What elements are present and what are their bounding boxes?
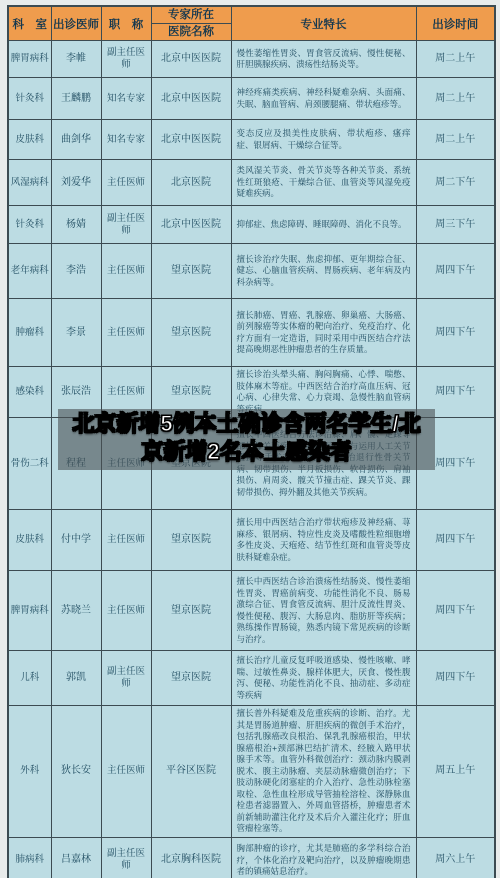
table-header: 科 室 出诊医师 职 称 专家所在 医院名称 专业特长 出诊时间 (8, 6, 495, 41)
department-cell: 骨伤二科 (8, 418, 51, 510)
time-cell: 周二下午 (416, 160, 495, 206)
table-row: 皮肤科 付中学 主任医师 望京医院 擅长用中西医结合治疗带状疱疹及神经痛、荨麻疹… (8, 510, 495, 571)
department-cell: 针灸科 (8, 206, 51, 244)
time-cell: 周三下午 (416, 206, 495, 244)
specialty-cell: 擅长普外科疑难及危重疾病的诊断、治疗。尤其是胃肠道肿瘤、肝胆疾病的微创手术治疗，… (231, 706, 416, 838)
title-cell: 副主任医师 (101, 651, 151, 706)
table-row: 脾胃病科 苏晓兰 主任医师 望京医院 擅长中西医结合诊治溃疡性结肠炎、慢性萎缩性… (8, 571, 495, 651)
department-cell: 外科 (8, 706, 51, 838)
hospital-cell: 望京医院 (151, 571, 231, 651)
title-cell: 知名专家 (101, 78, 151, 120)
table-row: 外科 狄长安 主任医师 平谷区医院 擅长普外科疑难及危重疾病的诊断、治疗。尤其是… (8, 706, 495, 838)
doctor-cell: 郭凯 (51, 651, 101, 706)
doctor-cell: 杨婧 (51, 206, 101, 244)
doctor-cell: 狄长安 (51, 706, 101, 838)
hospital-cell: 望京医院 (151, 244, 231, 299)
time-cell: 周六上午 (416, 837, 495, 878)
header-department: 科 室 (8, 6, 51, 41)
time-cell: 周二上午 (416, 41, 495, 78)
specialty-cell: 类风湿关节炎、骨关节炎等各种关节炎、系统性红斑狼疮、干燥综合征、血管炎等风湿免疫… (231, 160, 416, 206)
table-row: 肺病科 吕嘉林 副主任医师 北京胸科医院 胸部肿瘤的诊疗，尤其是肺癌的多学科综合… (8, 837, 495, 878)
hospital-cell: 平谷区医院 (151, 706, 231, 838)
doctor-cell: 李景 (51, 299, 101, 367)
header-specialty: 专业特长 (231, 6, 416, 41)
department-cell: 肺病科 (8, 837, 51, 878)
header-time: 出诊时间 (416, 6, 495, 41)
doctor-cell: 李浩 (51, 244, 101, 299)
time-cell: 周四下午 (416, 299, 495, 367)
title-cell: 副主任医师 (101, 837, 151, 878)
header-row: 科 室 出诊医师 职 称 专家所在 医院名称 专业特长 出诊时间 (8, 6, 495, 41)
header-doctor: 出诊医师 (51, 6, 101, 41)
news-headline-line1: 北京新增5例本土确诊含两名学生/北 (72, 410, 420, 438)
title-cell: 副主任医师 (101, 206, 151, 244)
time-cell: 周四下午 (416, 510, 495, 571)
doctor-cell: 付中学 (51, 510, 101, 571)
time-cell: 周五上午 (416, 706, 495, 838)
news-headline-line2: 京新增2名本土感染者 (141, 438, 351, 466)
screenshot-stage: 科 室 出诊医师 职 称 专家所在 医院名称 专业特长 出诊时间 脾胃病科 李帷… (0, 0, 500, 878)
title-cell: 主任医师 (101, 244, 151, 299)
specialty-cell: 擅长治疗儿童反复呼吸道感染、慢性咳嗽、哮喘、过敏性鼻炎、腺样体肥大，厌食、慢性腹… (231, 651, 416, 706)
specialty-cell: 擅长诊治疗失眠、焦虑抑郁、更年期综合征、健忘、心脑血管疾病、胃肠疾病、老年病及内… (231, 244, 416, 299)
title-cell: 主任医师 (101, 706, 151, 838)
table-row: 儿科 郭凯 副主任医师 望京医院 擅长治疗儿童反复呼吸道感染、慢性咳嗽、哮喘、过… (8, 651, 495, 706)
department-cell: 皮肤科 (8, 510, 51, 571)
department-cell: 脾胃病科 (8, 41, 51, 78)
title-cell: 副主任医师 (101, 41, 151, 78)
table-row: 老年病科 李浩 主任医师 望京医院 擅长诊治疗失眠、焦虑抑郁、更年期综合征、健忘… (8, 244, 495, 299)
hospital-cell: 北京中医医院 (151, 78, 231, 120)
table-row: 脾胃病科 李帷 副主任医师 北京中医医院 慢性萎缩性胃炎、胃食管反流病、慢性便秘… (8, 41, 495, 78)
hospital-cell: 望京医院 (151, 651, 231, 706)
table-row: 肿瘤科 李景 主任医师 望京医院 擅长肺癌、胃癌、乳腺癌、卵巢癌、大肠癌、前列腺… (8, 299, 495, 367)
specialty-cell: 抑郁症、焦虑障碍、睡眠障碍、消化不良等。 (231, 206, 416, 244)
department-cell: 脾胃病科 (8, 571, 51, 651)
department-cell: 肿瘤科 (8, 299, 51, 367)
department-cell: 针灸科 (8, 78, 51, 120)
title-cell: 主任医师 (101, 160, 151, 206)
specialty-cell: 变态反应及损美性皮肤病、带状疱疹、瘙痒症、银屑病、干燥综合征等。 (231, 120, 416, 160)
header-title: 职 称 (101, 6, 151, 41)
department-cell: 感染科 (8, 367, 51, 418)
header-hospital: 专家所在 医院名称 (151, 6, 231, 41)
hospital-cell: 北京医院 (151, 160, 231, 206)
specialty-cell: 擅长肺癌、胃癌、乳腺癌、卵巢癌、大肠癌、前列腺癌等实体瘤的靶向治疗、免疫治疗、化… (231, 299, 416, 367)
doctor-cell: 吕嘉林 (51, 837, 101, 878)
hospital-cell: 望京医院 (151, 510, 231, 571)
title-cell: 主任医师 (101, 299, 151, 367)
specialty-cell: 胸部肿瘤的诊疗，尤其是肺癌的多学科综合治疗，个体化治疗及靶向治疗，以及肿瘤晚期患… (231, 837, 416, 878)
doctor-cell: 李帷 (51, 41, 101, 78)
hospital-cell: 望京医院 (151, 299, 231, 367)
hospital-cell: 北京胸科医院 (151, 837, 231, 878)
table-row: 针灸科 王麟鹏 知名专家 北京中医医院 神经疼痛类疾病、神经科疑难杂病、头面痛、… (8, 78, 495, 120)
hospital-cell: 北京中医医院 (151, 41, 231, 78)
title-cell: 知名专家 (101, 120, 151, 160)
department-cell: 风湿病科 (8, 160, 51, 206)
specialty-cell: 神经疼痛类疾病、神经科疑难杂病、头面痛、失眠、脑血管病、肩颈腰腿痛、带状疱疹等。 (231, 78, 416, 120)
department-cell: 儿科 (8, 651, 51, 706)
news-overlay-banner: 北京新增5例本土确诊含两名学生/北 京新增2名本土感染者 (58, 409, 435, 470)
table-row: 风湿病科 刘爱华 主任医师 北京医院 类风湿关节炎、骨关节炎等各种关节炎、系统性… (8, 160, 495, 206)
title-cell: 主任医师 (101, 571, 151, 651)
time-cell: 周二上午 (416, 120, 495, 160)
doctor-cell: 曲剑华 (51, 120, 101, 160)
department-cell: 皮肤科 (8, 120, 51, 160)
time-cell: 周四下午 (416, 571, 495, 651)
header-hospital-line2: 医院名称 (152, 24, 231, 40)
time-cell: 周四下午 (416, 651, 495, 706)
time-cell: 周二上午 (416, 78, 495, 120)
department-cell: 老年病科 (8, 244, 51, 299)
table-row: 针灸科 杨婧 副主任医师 北京中医医院 抑郁症、焦虑障碍、睡眠障碍、消化不良等。… (8, 206, 495, 244)
specialty-cell: 慢性萎缩性胃炎、胃食管反流病、慢性便秘、肝胆胰腺疾病、溃疡性结肠炎等。 (231, 41, 416, 78)
doctor-cell: 王麟鹏 (51, 78, 101, 120)
time-cell: 周四下午 (416, 244, 495, 299)
specialty-cell: 擅长中西医结合诊治溃疡性结肠炎、慢性萎缩性胃炎、胃癌前病变、功能性消化不良、肠易… (231, 571, 416, 651)
table-row: 皮肤科 曲剑华 知名专家 北京中医医院 变态反应及损美性皮肤病、带状疱疹、瘙痒症… (8, 120, 495, 160)
title-cell: 主任医师 (101, 510, 151, 571)
hospital-cell: 北京中医医院 (151, 206, 231, 244)
doctor-cell: 苏晓兰 (51, 571, 101, 651)
doctor-cell: 刘爱华 (51, 160, 101, 206)
hospital-cell: 北京中医医院 (151, 120, 231, 160)
specialty-cell: 擅长用中西医结合治疗带状疱疹及神经痛、荨麻疹、银屑病、特应性皮炎及嗜酸性粒细胞增… (231, 510, 416, 571)
header-hospital-line1: 专家所在 (152, 7, 231, 24)
